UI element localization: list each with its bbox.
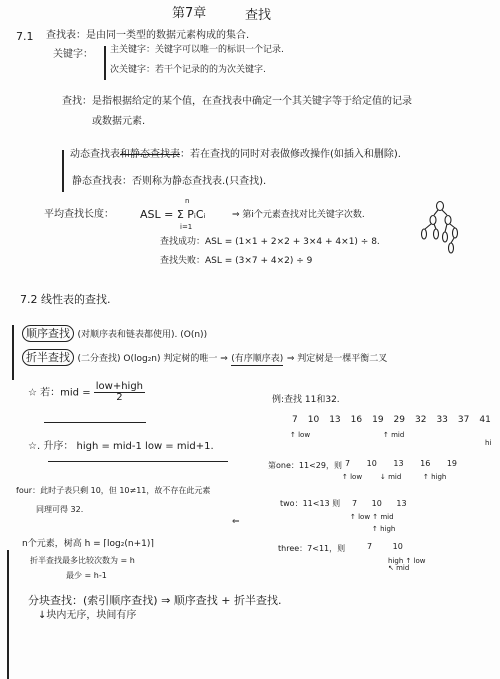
asl-note: ⇒ 第i个元素查找对比关键字次数. <box>232 211 365 220</box>
step-three-values: 7 10 <box>367 543 403 551</box>
binary-min-compare: 最少 = h-1 <box>66 572 107 580</box>
block-search: 分块查找：(索引顺序查找) ⇒ 顺序查找 + 折半查找. <box>28 595 282 606</box>
two-low-mid: ↑ low ↑ mid <box>350 514 394 521</box>
example-array: 7 10 13 16 19 29 32 33 37 41 4 <box>292 415 500 425</box>
value: 7 <box>367 542 372 551</box>
array-value: 7 <box>292 415 298 425</box>
three-pointers: high ↑ low ↖ mid <box>388 558 428 572</box>
dynamic-table-definition: 动态查找表和静态查找表：若在查找的同时对表做修改操作(如插入和删除). <box>70 150 401 160</box>
one-low: ↑ low <box>342 474 362 481</box>
dynamic-label: 动态查找表 <box>70 149 120 160</box>
asl-label: 平均查找长度： <box>44 210 114 220</box>
value: 10 <box>367 459 377 468</box>
primary-key-definition: 主关键字：关键字可以唯一的标识一个记录. <box>110 46 284 55</box>
sum-lower: i=1 <box>180 224 192 231</box>
mid-formula: ☆ 若：mid = low+high2 <box>28 382 145 403</box>
decision-tree-note: ⇒ 判定树是一棵平衡二叉 <box>287 354 387 364</box>
array-value: 41 <box>479 415 490 425</box>
two-high: ↑ high <box>372 526 395 533</box>
tree-height-formula: n个元素，树高 h = ⌈log₂(n+1)⌉ <box>22 540 154 549</box>
search-definition-line1: 查找：是指根据给定的某个值，在查找表中确定一个其关键字等于给定值的记录 <box>62 97 412 107</box>
value: 10 <box>372 499 382 508</box>
value: 13 <box>393 459 403 468</box>
margin-line-lower <box>7 550 9 679</box>
array-value: 29 <box>394 415 405 425</box>
mid-pointer: ↑ mid <box>383 432 404 439</box>
four-step-line2: 同理可得 32. <box>36 506 83 514</box>
binary-search-row: 折半查找 (二分查找) O(log₂n) 判定树的唯一 ⇒ (有序顺序表) ⇒ … <box>22 352 387 364</box>
chapter-title: 查找 <box>245 9 271 22</box>
lookup-table-definition: 查找表：是由同一类型的数据元素构成的集合. <box>46 31 249 41</box>
value: 7 <box>352 499 357 508</box>
array-value: 13 <box>329 415 340 425</box>
binary-max-compare: 折半查找最多比较次数为 = h <box>30 557 135 565</box>
array-value: 19 <box>372 415 383 425</box>
mid-prefix: ☆ 若：mid = <box>28 388 91 399</box>
high-pointer: hi <box>485 440 491 447</box>
ordered-table-note: (有序顺序表) <box>231 354 283 366</box>
mid-fraction: low+high2 <box>94 382 145 403</box>
value: 19 <box>447 459 457 468</box>
section-7-1-number: 7.1 <box>16 31 34 42</box>
four-step-line1: four：此时子表只剩 10，但 10≠11，故不存在此元素 <box>16 487 210 495</box>
value: 10 <box>393 542 403 551</box>
array-value: 33 <box>436 415 447 425</box>
step-one-values: 7 10 13 16 19 <box>345 460 457 468</box>
ascending-rule: ☆. 升序： high = mid-1 low = mid+1. <box>28 442 214 452</box>
static-table-definition: 静态查找表：否则称为静态查找表.(只查找). <box>72 177 266 187</box>
sequential-search-desc: (对顺序表和链表都使用). (O(n)) <box>78 330 208 340</box>
binary-search-desc: (二分查找) O(log₂n) 判定树的唯一 ⇒ <box>78 354 228 364</box>
asl-formula: ASL = Σ PᵢCᵢ <box>140 209 206 220</box>
sequential-search-row: 顺序查找 (对顺序表和链表都使用). (O(n)) <box>22 328 207 340</box>
sum-upper: n <box>185 198 189 205</box>
binary-tree-sketch <box>420 200 470 270</box>
value: 13 <box>396 499 406 508</box>
asl-success: 查找成功：ASL = (1×1 + 2×2 + 3×4 + 4×1) ÷ 8. <box>160 238 380 247</box>
mid-underline <box>44 422 146 423</box>
step-one-label: 第one：11<29，则 <box>268 462 342 470</box>
step-two-values: 7 10 13 <box>352 500 407 508</box>
array-value: 37 <box>458 415 469 425</box>
margin-line <box>12 325 14 380</box>
search-definition-line2: 或数据元素. <box>92 117 145 127</box>
step-two-label: two：11<13 则 <box>280 500 340 508</box>
array-value: 10 <box>308 415 319 425</box>
mid-denominator: 2 <box>94 393 145 403</box>
chapter-number: 第7章 <box>172 7 206 20</box>
example-title: 例:查找 11和32. <box>272 396 340 405</box>
keyword-brace <box>104 46 106 80</box>
one-mid: ↓ mid <box>380 474 401 481</box>
low-pointer: ↑ low <box>290 432 310 439</box>
array-value: 32 <box>415 415 426 425</box>
secondary-key-definition: 次关键字：若干个记录的的为次关键字. <box>110 66 266 75</box>
step-three-label: three：7<11，则 <box>278 545 345 553</box>
keyword-label: 关键字： <box>53 50 93 60</box>
binary-search-label: 折半查找 <box>22 349 74 366</box>
table-type-brace <box>62 150 64 192</box>
block-search-note: ↓块内无序，块间有序 <box>38 611 136 621</box>
one-high: ↑ high <box>423 474 446 481</box>
section-7-2-heading: 7.2 线性表的查找. <box>20 294 111 305</box>
value: 7 <box>345 459 350 468</box>
value: 16 <box>420 459 430 468</box>
arrow-left: ⇐ <box>232 518 240 527</box>
struck-text: 和静态查找表 <box>120 149 180 160</box>
array-value: 16 <box>351 415 362 425</box>
sequential-search-label: 顺序查找 <box>22 325 74 342</box>
dynamic-desc: ：若在查找的同时对表做修改操作(如插入和删除). <box>180 149 401 160</box>
asl-fail: 查找失败：ASL = (3×7 + 4×2) ÷ 9 <box>160 257 312 266</box>
rule-underline <box>48 461 228 462</box>
